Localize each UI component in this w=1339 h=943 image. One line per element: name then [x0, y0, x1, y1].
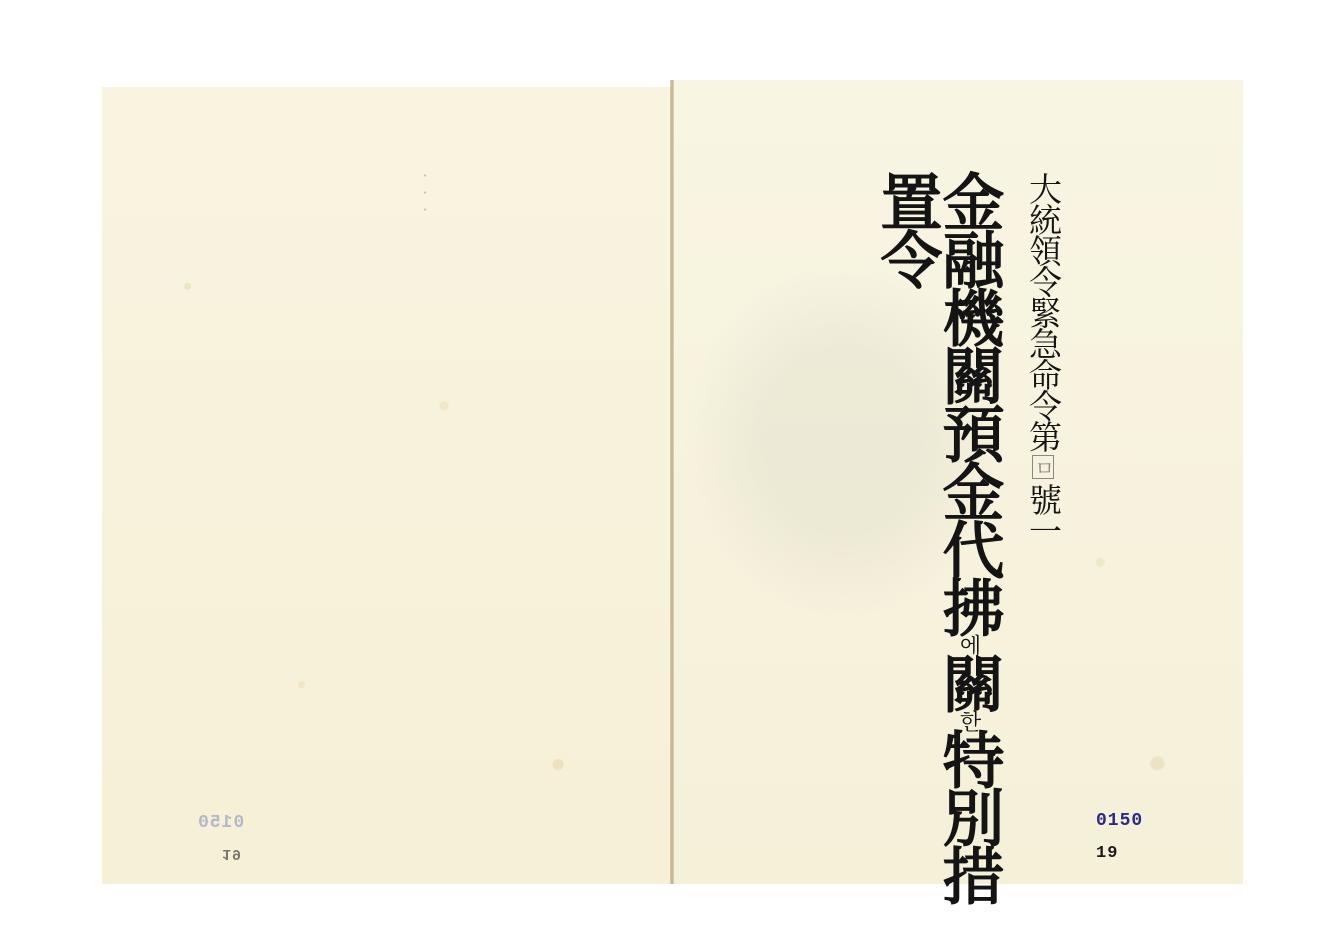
title-particle-1: 에 [956, 634, 981, 652]
decree-header: 大統領令緊急命令第ㅁ號一 [1027, 172, 1060, 545]
title-particle-2: 한 [956, 710, 981, 728]
decree-prefix: 大統領令緊急命令第 [1024, 172, 1063, 451]
ghost-archive-stamp: 0150 [197, 813, 244, 833]
page-number-stamp: 19 [1096, 844, 1118, 863]
decree-suffix: 號一 [1024, 483, 1063, 545]
page-gutter [670, 80, 674, 884]
document-title: 金融機關預金代拂에關한特別措置令 [875, 170, 999, 943]
bleed-through-marks: ・・・ [418, 170, 434, 221]
archive-stamp-number: 0150 [1096, 811, 1143, 831]
left-page [102, 87, 672, 884]
decree-number-box: ㅁ [1032, 455, 1054, 479]
document-spread: ・・・ 大統領令緊急命令第ㅁ號一 金融機關預金代拂에關한特別措置令 0150 1… [0, 0, 1339, 943]
ghost-page-number: 19 [222, 845, 242, 862]
title-part-2: 關 [932, 652, 1005, 710]
